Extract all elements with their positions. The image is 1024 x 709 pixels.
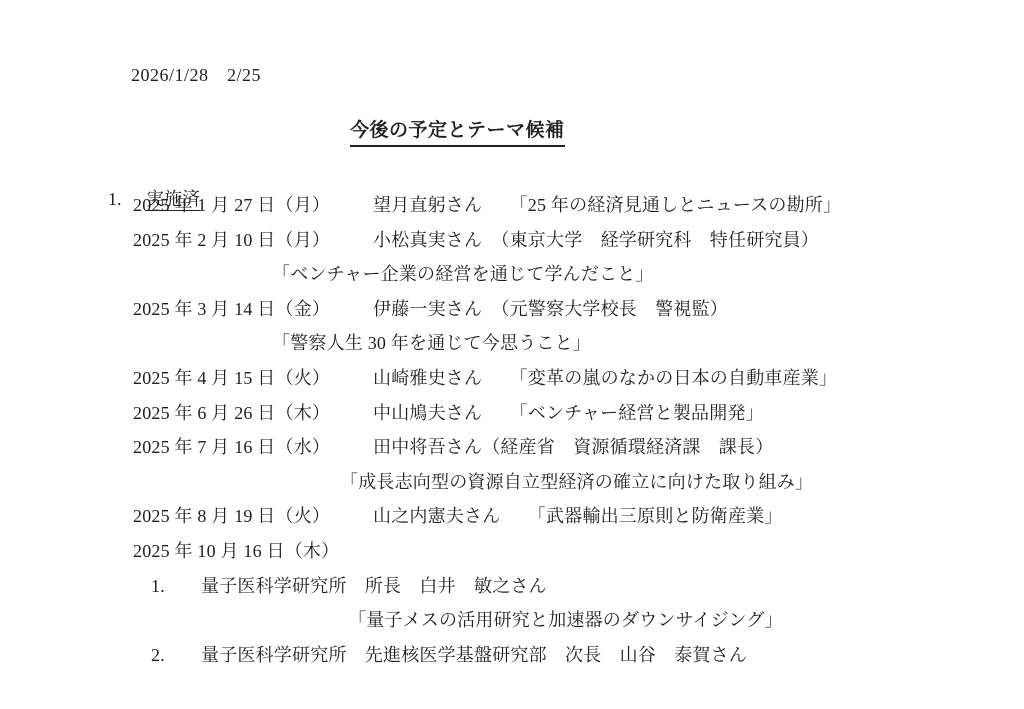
schedule-line: 2025 年 8 月 19 日（火）山之内憲夫さん 「武器輸出三原則と防衛産業」	[0, 499, 1024, 534]
entry-text: 量子医科学研究所 所長 白井 敏之さん	[201, 576, 547, 596]
entry-text: 「成長志向型の資源自立型経済の確立に向けた取り組み」	[340, 472, 813, 492]
entry-date: 2025 年 6 月 26 日（木）	[133, 396, 373, 431]
schedule-line: 2025 年 6 月 26 日（木）中山鳩夫さん 「ベンチャー経営と製品開発」	[0, 396, 1024, 431]
entry-text: 山崎雅史さん 「変革の嵐のなかの日本の自動車産業」	[373, 368, 837, 388]
entry-text: 伊藤一実さん （元警察大学校長 警視監）	[373, 299, 728, 319]
page-title-text: 今後の予定とテーマ候補	[350, 115, 565, 147]
entry-date: 2025 年 10 月 16 日（木）	[133, 534, 373, 569]
entry-date: 2025 年 2 月 10 日（月）	[133, 223, 373, 258]
sub-item-number: 2.	[151, 638, 201, 673]
entry-date: 2025 年 4 月 15 日（火）	[133, 361, 373, 396]
schedule-line: 2025 年 3 月 14 日（金）伊藤一実さん （元警察大学校長 警視監）	[0, 292, 1024, 327]
schedule-line-continuation: 「量子メスの活用研究と加速器のダウンサイジング」	[0, 603, 1024, 638]
schedule-line: 2025 年 7 月 16 日（水）田中将吾さん（経産省 資源循環経済課 課長）	[0, 430, 1024, 465]
sub-list-item: 1.量子医科学研究所 所長 白井 敏之さん	[0, 569, 1024, 604]
entry-date: 2025 年 3 月 14 日（金）	[133, 292, 373, 327]
schedule-line-continuation: 「成長志向型の資源自立型経済の確立に向けた取り組み」	[0, 465, 1024, 500]
entry-text: 小松真実さん （東京大学 経学研究科 特任研究員）	[373, 230, 819, 250]
schedule-line: 2025 年 10 月 16 日（木）	[0, 534, 1024, 569]
schedule-line: 2025 年 2 月 10 日（月）小松真実さん （東京大学 経学研究科 特任研…	[0, 223, 1024, 258]
entry-date: 2025 年 7 月 16 日（水）	[133, 430, 373, 465]
entry-text: 田中将吾さん（経産省 資源循環経済課 課長）	[373, 437, 773, 457]
entry-text: 山之内憲夫さん 「武器輸出三原則と防衛産業」	[373, 506, 783, 526]
entry-text: 「ベンチャー企業の経営を通じて学んだこと」	[272, 264, 654, 284]
header-date: 2026/1/28 2/25	[131, 61, 261, 87]
entry-text: 中山鳩夫さん 「ベンチャー経営と製品開発」	[373, 403, 764, 423]
entry-text: 量子医科学研究所 先進核医学基盤研究部 次長 山谷 泰賀さん	[201, 645, 747, 665]
page-title: 今後の予定とテーマ候補	[329, 93, 565, 169]
entry-date: 2025 年 8 月 19 日（火）	[133, 499, 373, 534]
schedule-list: 2025 年 1 月 27 日（月）望月直躬さん 「25 年の経済見通しとニュー…	[0, 188, 1024, 672]
schedule-line-continuation: 「警察人生 30 年を通じて今思うこと」	[0, 326, 1024, 361]
entry-text: 「警察人生 30 年を通じて今思うこと」	[272, 333, 591, 353]
schedule-line-continuation: 「ベンチャー企業の経営を通じて学んだこと」	[0, 257, 1024, 292]
entry-text: 「量子メスの活用研究と加速器のダウンサイジング」	[348, 610, 783, 630]
entry-date: 2025 年 1 月 27 日（月）	[133, 188, 373, 223]
schedule-line: 2025 年 4 月 15 日（火）山崎雅史さん 「変革の嵐のなかの日本の自動車…	[0, 361, 1024, 396]
sub-item-number: 1.	[151, 569, 201, 604]
entry-text: 望月直躬さん 「25 年の経済見通しとニュースの勘所」	[373, 195, 841, 215]
sub-list-item: 2.量子医科学研究所 先進核医学基盤研究部 次長 山谷 泰賀さん	[0, 638, 1024, 673]
document-page: 2026/1/28 2/25 今後の予定とテーマ候補 1.実施済 2025 年 …	[0, 0, 1024, 709]
schedule-line: 2025 年 1 月 27 日（月）望月直躬さん 「25 年の経済見通しとニュー…	[0, 188, 1024, 223]
